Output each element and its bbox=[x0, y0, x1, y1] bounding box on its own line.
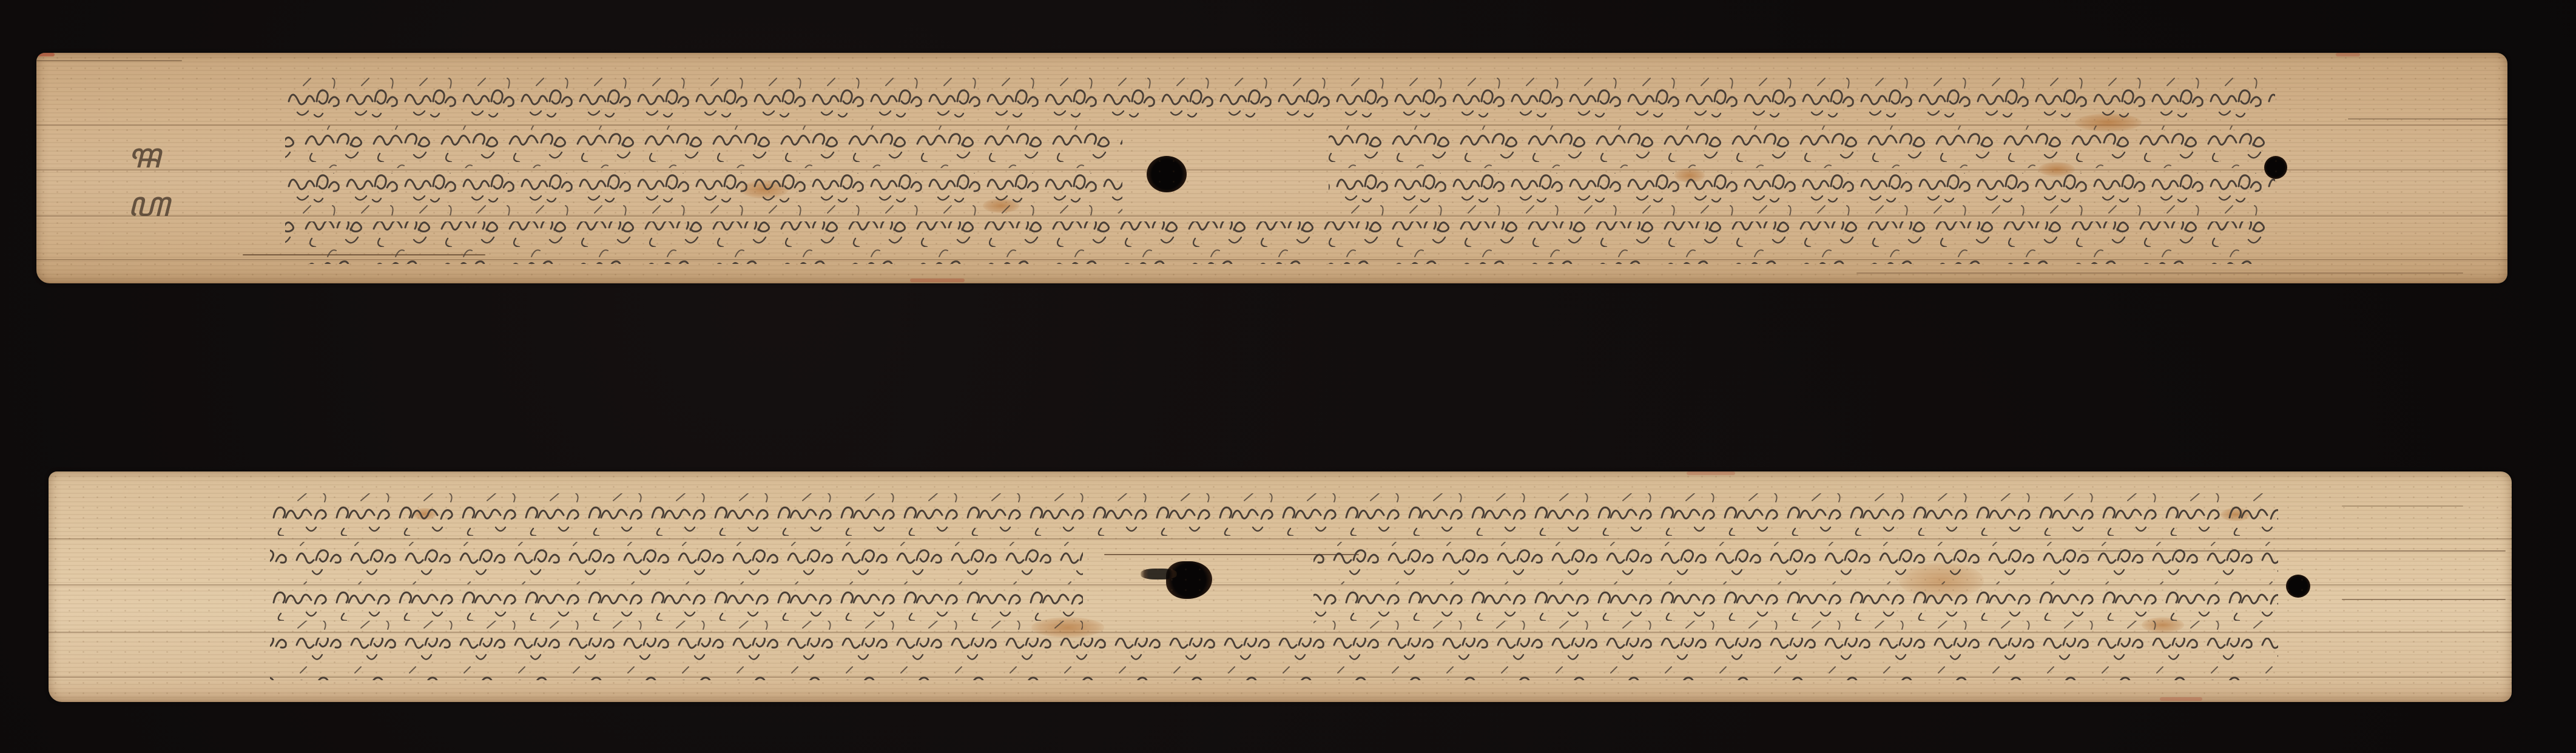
leaf-crack bbox=[2342, 599, 2506, 600]
handwritten-script bbox=[285, 77, 2275, 277]
leaf-crack bbox=[2348, 118, 2507, 120]
script-line bbox=[270, 493, 2278, 694]
palm-leaf-top: ꦯ ꦲ bbox=[36, 53, 2507, 283]
scene-description: Two palm-leaf (lontar) manuscript leaves… bbox=[0, 0, 1, 1]
leaf-edge-stain bbox=[2336, 53, 2360, 56]
binding-hole bbox=[2286, 575, 2310, 598]
leaf-edge-stain bbox=[2160, 697, 2202, 701]
handwritten-script bbox=[270, 493, 2278, 694]
leaf-edge-stain bbox=[1687, 471, 1735, 475]
leaf-edge-stain bbox=[36, 53, 55, 56]
script-line bbox=[285, 77, 2275, 277]
folio-numeral: ꦲ bbox=[127, 186, 169, 221]
leaf-crack bbox=[36, 60, 182, 61]
folio-numeral: ꦯ bbox=[127, 138, 160, 173]
leaf-edge-stain bbox=[910, 279, 965, 282]
palm-leaf-bottom bbox=[49, 471, 2512, 702]
leaf-crack bbox=[2342, 505, 2463, 507]
